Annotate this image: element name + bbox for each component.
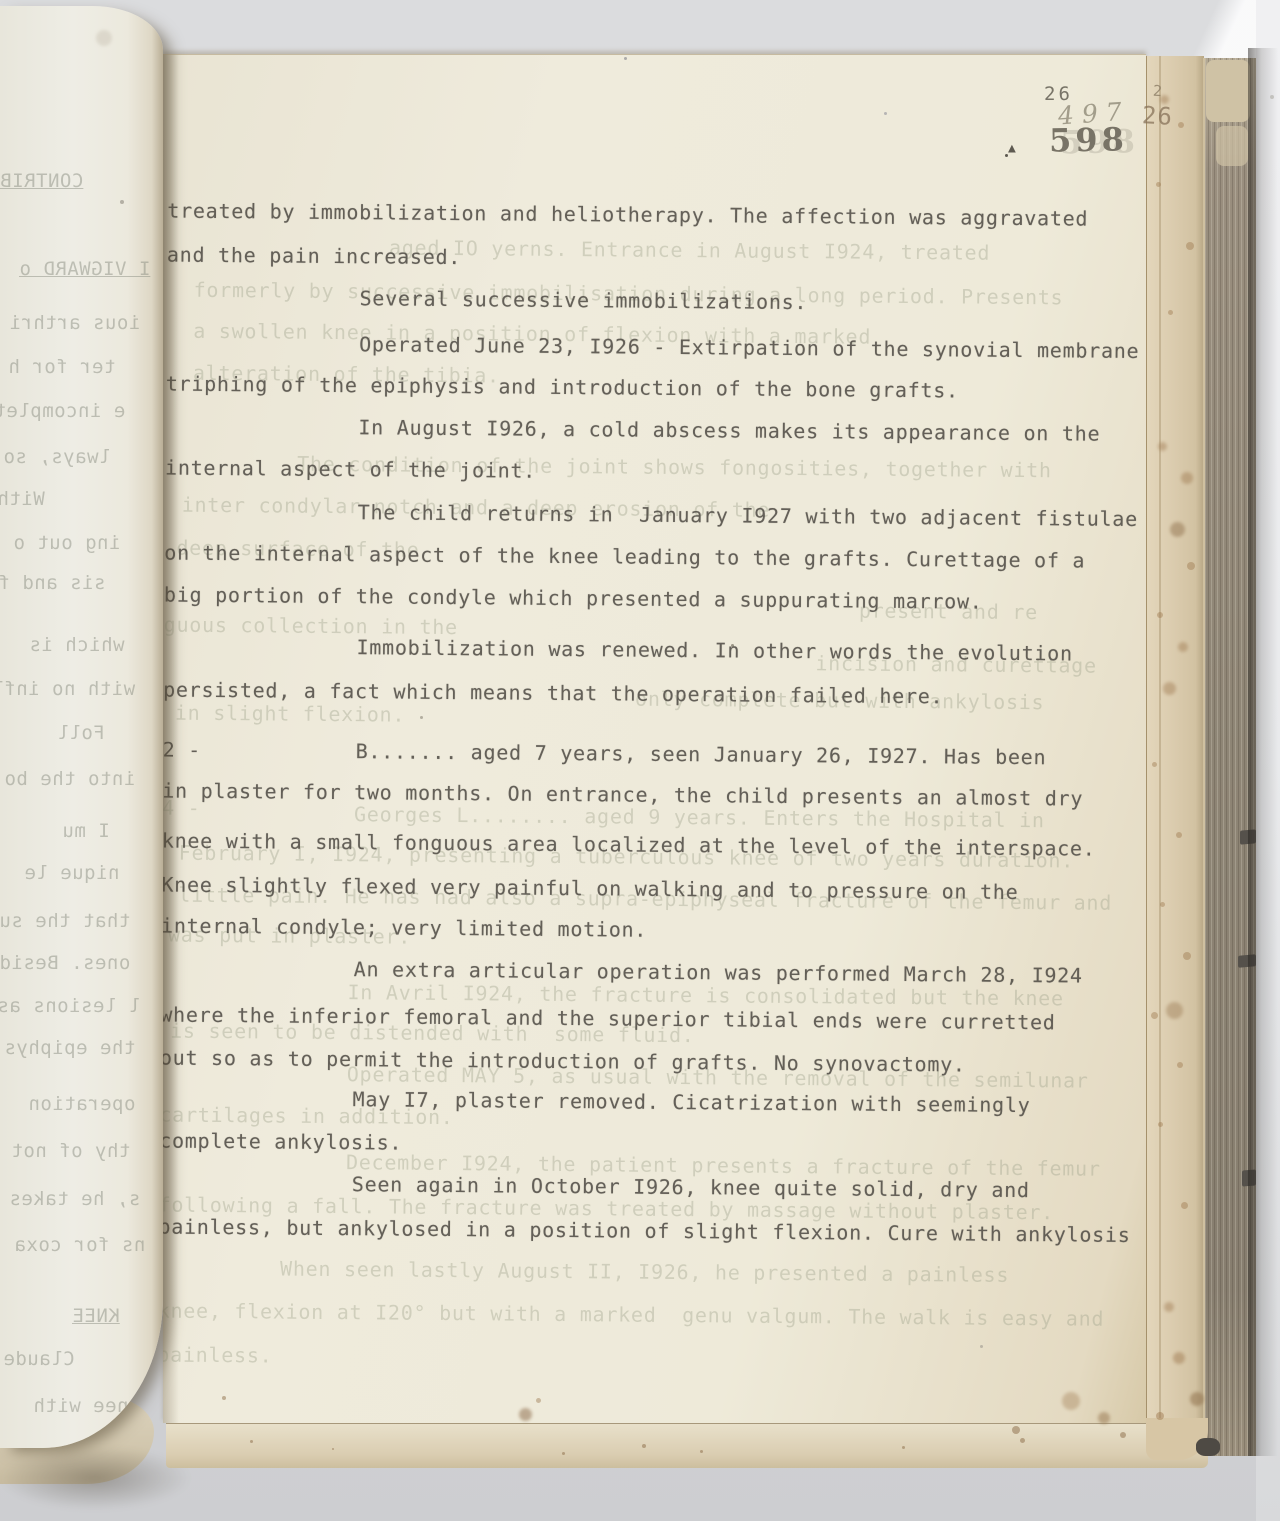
mirrored-line: knee with: [33, 1395, 140, 1417]
typed-line: and the pain increased.: [167, 243, 1146, 276]
typed-line: B....... aged 7 years, seen January 26, …: [163, 737, 1146, 771]
typed-line: An extra articular operation was perform…: [163, 955, 1146, 989]
mirrored-line: with no influe: [0, 678, 135, 700]
mirrored-line: Foll: [57, 722, 105, 744]
typed-line: big portion of the condyle which present…: [164, 583, 1146, 616]
typed-line: out so as to permit the introduction of …: [163, 1045, 1146, 1078]
typed-line: The child returns in January I927 with t…: [165, 499, 1146, 533]
typed-line: in plaster for two months. On entrance, …: [163, 778, 1146, 811]
typed-line: Knee slightly flexed very painful on wal…: [163, 872, 1146, 905]
mirrored-line: ing out o: [13, 532, 120, 554]
mirrored-line: KNEE: [72, 1305, 120, 1327]
typed-line: Operated June 23, I926 - Extirpation of …: [166, 331, 1146, 365]
worn-paper-chip: [1206, 60, 1250, 122]
corner-dark-notch: [1196, 1438, 1220, 1456]
worn-paper-chip: [1216, 126, 1248, 166]
stamped-page-number: 598: [1049, 120, 1128, 159]
typed-line: knee with a small fonguous area localize…: [163, 828, 1146, 861]
typed-text-block: treated by immobilization and heliothera…: [163, 54, 1146, 1423]
mirrored-line: s, he takes: [9, 1188, 140, 1210]
mirrored-line: thy of not: [11, 1140, 130, 1162]
typed-line: persisted, a fact which means that the o…: [163, 677, 1146, 710]
mirrored-line: that the su: [0, 910, 130, 932]
mirrored-line: I mu: [62, 820, 110, 842]
edge-page-number-large: 26: [1141, 101, 1173, 131]
mirrored-line: into the bo: [4, 768, 135, 790]
typed-line: painless, but ankylosed in a position of…: [163, 1214, 1146, 1247]
page-curl-shadow: [0, 1446, 190, 1510]
mirrored-line: ter for h: [8, 356, 115, 378]
typed-line: internal aspect of the joint.: [165, 456, 1146, 489]
mirrored-line: ious arthri: [9, 312, 140, 334]
mirrored-line: the epiphys: [4, 1037, 135, 1059]
main-page: aged IO yerns. Entrance in August I924, …: [163, 54, 1146, 1423]
mirrored-line: operation: [28, 1093, 135, 1115]
typed-line: where the inferior femoral and the super…: [163, 1002, 1146, 1035]
typed-line: May I7, plaster removed. Cicatrization w…: [163, 1085, 1146, 1119]
fore-edge-pages: [1146, 56, 1204, 1430]
typed-line: Seen again in October I926, knee quite s…: [163, 1170, 1146, 1204]
book-cast-shadow: [1248, 48, 1278, 1456]
mirrored-line: ones. Besid: [0, 952, 130, 974]
mirrored-line: e incomplet: [0, 400, 125, 422]
photograph-of-manuscript-page: aged IO yerns. Entrance in August I924, …: [0, 0, 1280, 1521]
mirrored-line: CONTRIBUTIO: [0, 170, 83, 192]
edge-page-number-small: 2: [1152, 82, 1162, 101]
mirrored-line: With: [0, 488, 45, 510]
mirrored-line: lways, so: [3, 446, 110, 468]
mirrored-line: I VIGWARD o: [19, 258, 150, 280]
typed-line: triphing of the epiphysis and introducti…: [166, 372, 1146, 405]
mirrored-line: l lesions as: [0, 995, 140, 1017]
typed-line: internal condyle; very limited motion.: [163, 913, 1146, 946]
typed-line: complete ankylosis.: [163, 1128, 1146, 1161]
ink-mark-icon: ▲: [1008, 141, 1024, 157]
typed-line: In August I926, a cold abscess makes its…: [165, 414, 1146, 448]
typed-line: Immobilization was renewed. In other wor…: [163, 634, 1146, 668]
typed-line: treated by immobilization and heliothera…: [167, 199, 1146, 232]
typed-line: Several successive immobilizations.: [166, 285, 1146, 319]
previous-page-curled: CONTRIBUTIOI VIGWARD oious arthriter for…: [0, 6, 163, 1448]
bottom-page-edges: [166, 1422, 1208, 1468]
mirrored-line: nique le: [24, 862, 120, 884]
mirrored-line: ns for coxa: [14, 1234, 145, 1256]
mirrored-line: which is: [29, 634, 125, 656]
mirrored-line: sis and f: [0, 572, 105, 594]
typed-line: on the internal aspect of the knee leadi…: [164, 541, 1146, 574]
mirrored-line: Claude: [3, 1348, 75, 1370]
